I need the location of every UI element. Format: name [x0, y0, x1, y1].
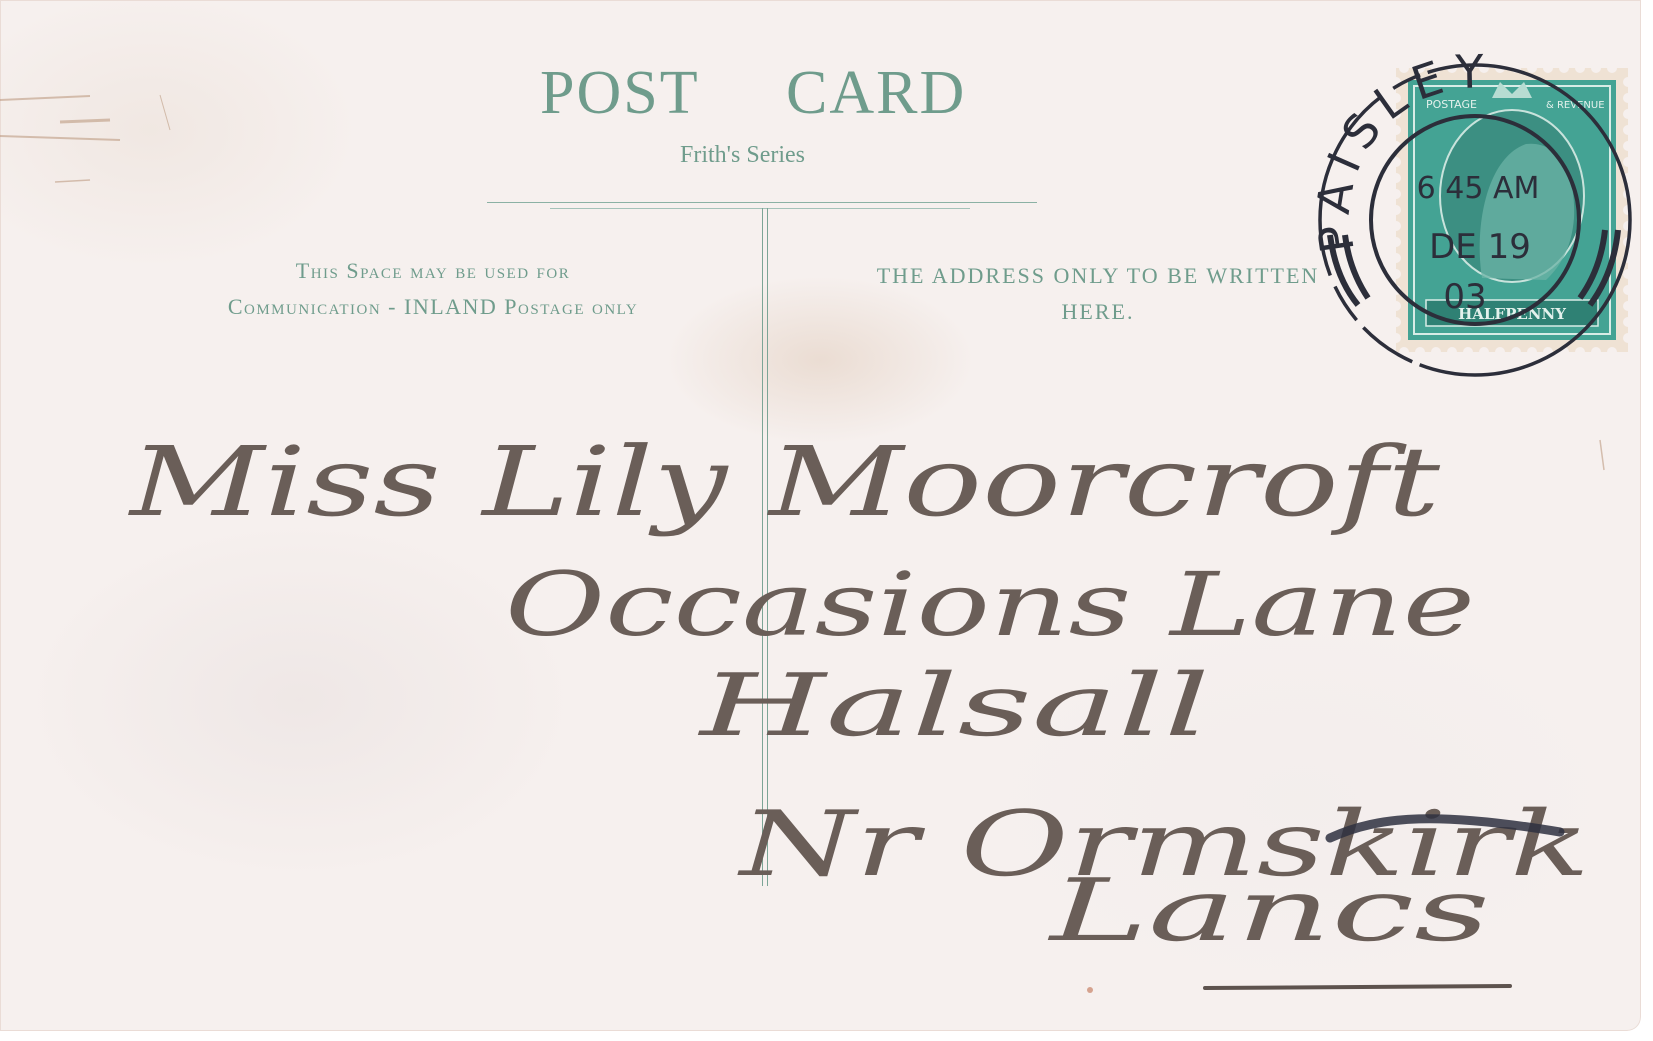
title-post: POST — [540, 59, 699, 127]
address-line-village: Halsall — [697, 656, 1210, 756]
address-line-name: Miss Lily Moorcroft — [127, 426, 1440, 538]
publisher-series: Frith's Series — [680, 142, 805, 169]
postmark-time: 6 45 AM — [1417, 171, 1540, 206]
county-underline — [1205, 986, 1510, 988]
postmark-year: 03 — [1443, 277, 1486, 317]
header-divider — [487, 202, 1037, 203]
postcard-title: POST CARD — [540, 58, 966, 129]
communication-notice-line1: This Space may be used for — [138, 253, 728, 289]
address-line-street: Occasions Lane — [505, 553, 1475, 656]
ink-smear — [1330, 819, 1560, 838]
address-line-town: Nr Ormskirk — [737, 792, 1590, 897]
header-divider-inner — [550, 208, 970, 209]
postcard-back: POST CARD Frith's Series This Space may … — [0, 0, 1641, 1031]
communication-notice-line2: Communication - INLAND Postage only — [138, 289, 728, 325]
communication-notice: This Space may be used for Communication… — [138, 253, 728, 325]
title-card: CARD — [786, 59, 966, 127]
address-line-county: Lancs — [1047, 861, 1490, 961]
postmark: PAISLEY 6 45 AM DE 19 03 — [1300, 40, 1650, 410]
center-divider — [762, 208, 768, 886]
postmark-date: DE 19 — [1429, 227, 1531, 267]
